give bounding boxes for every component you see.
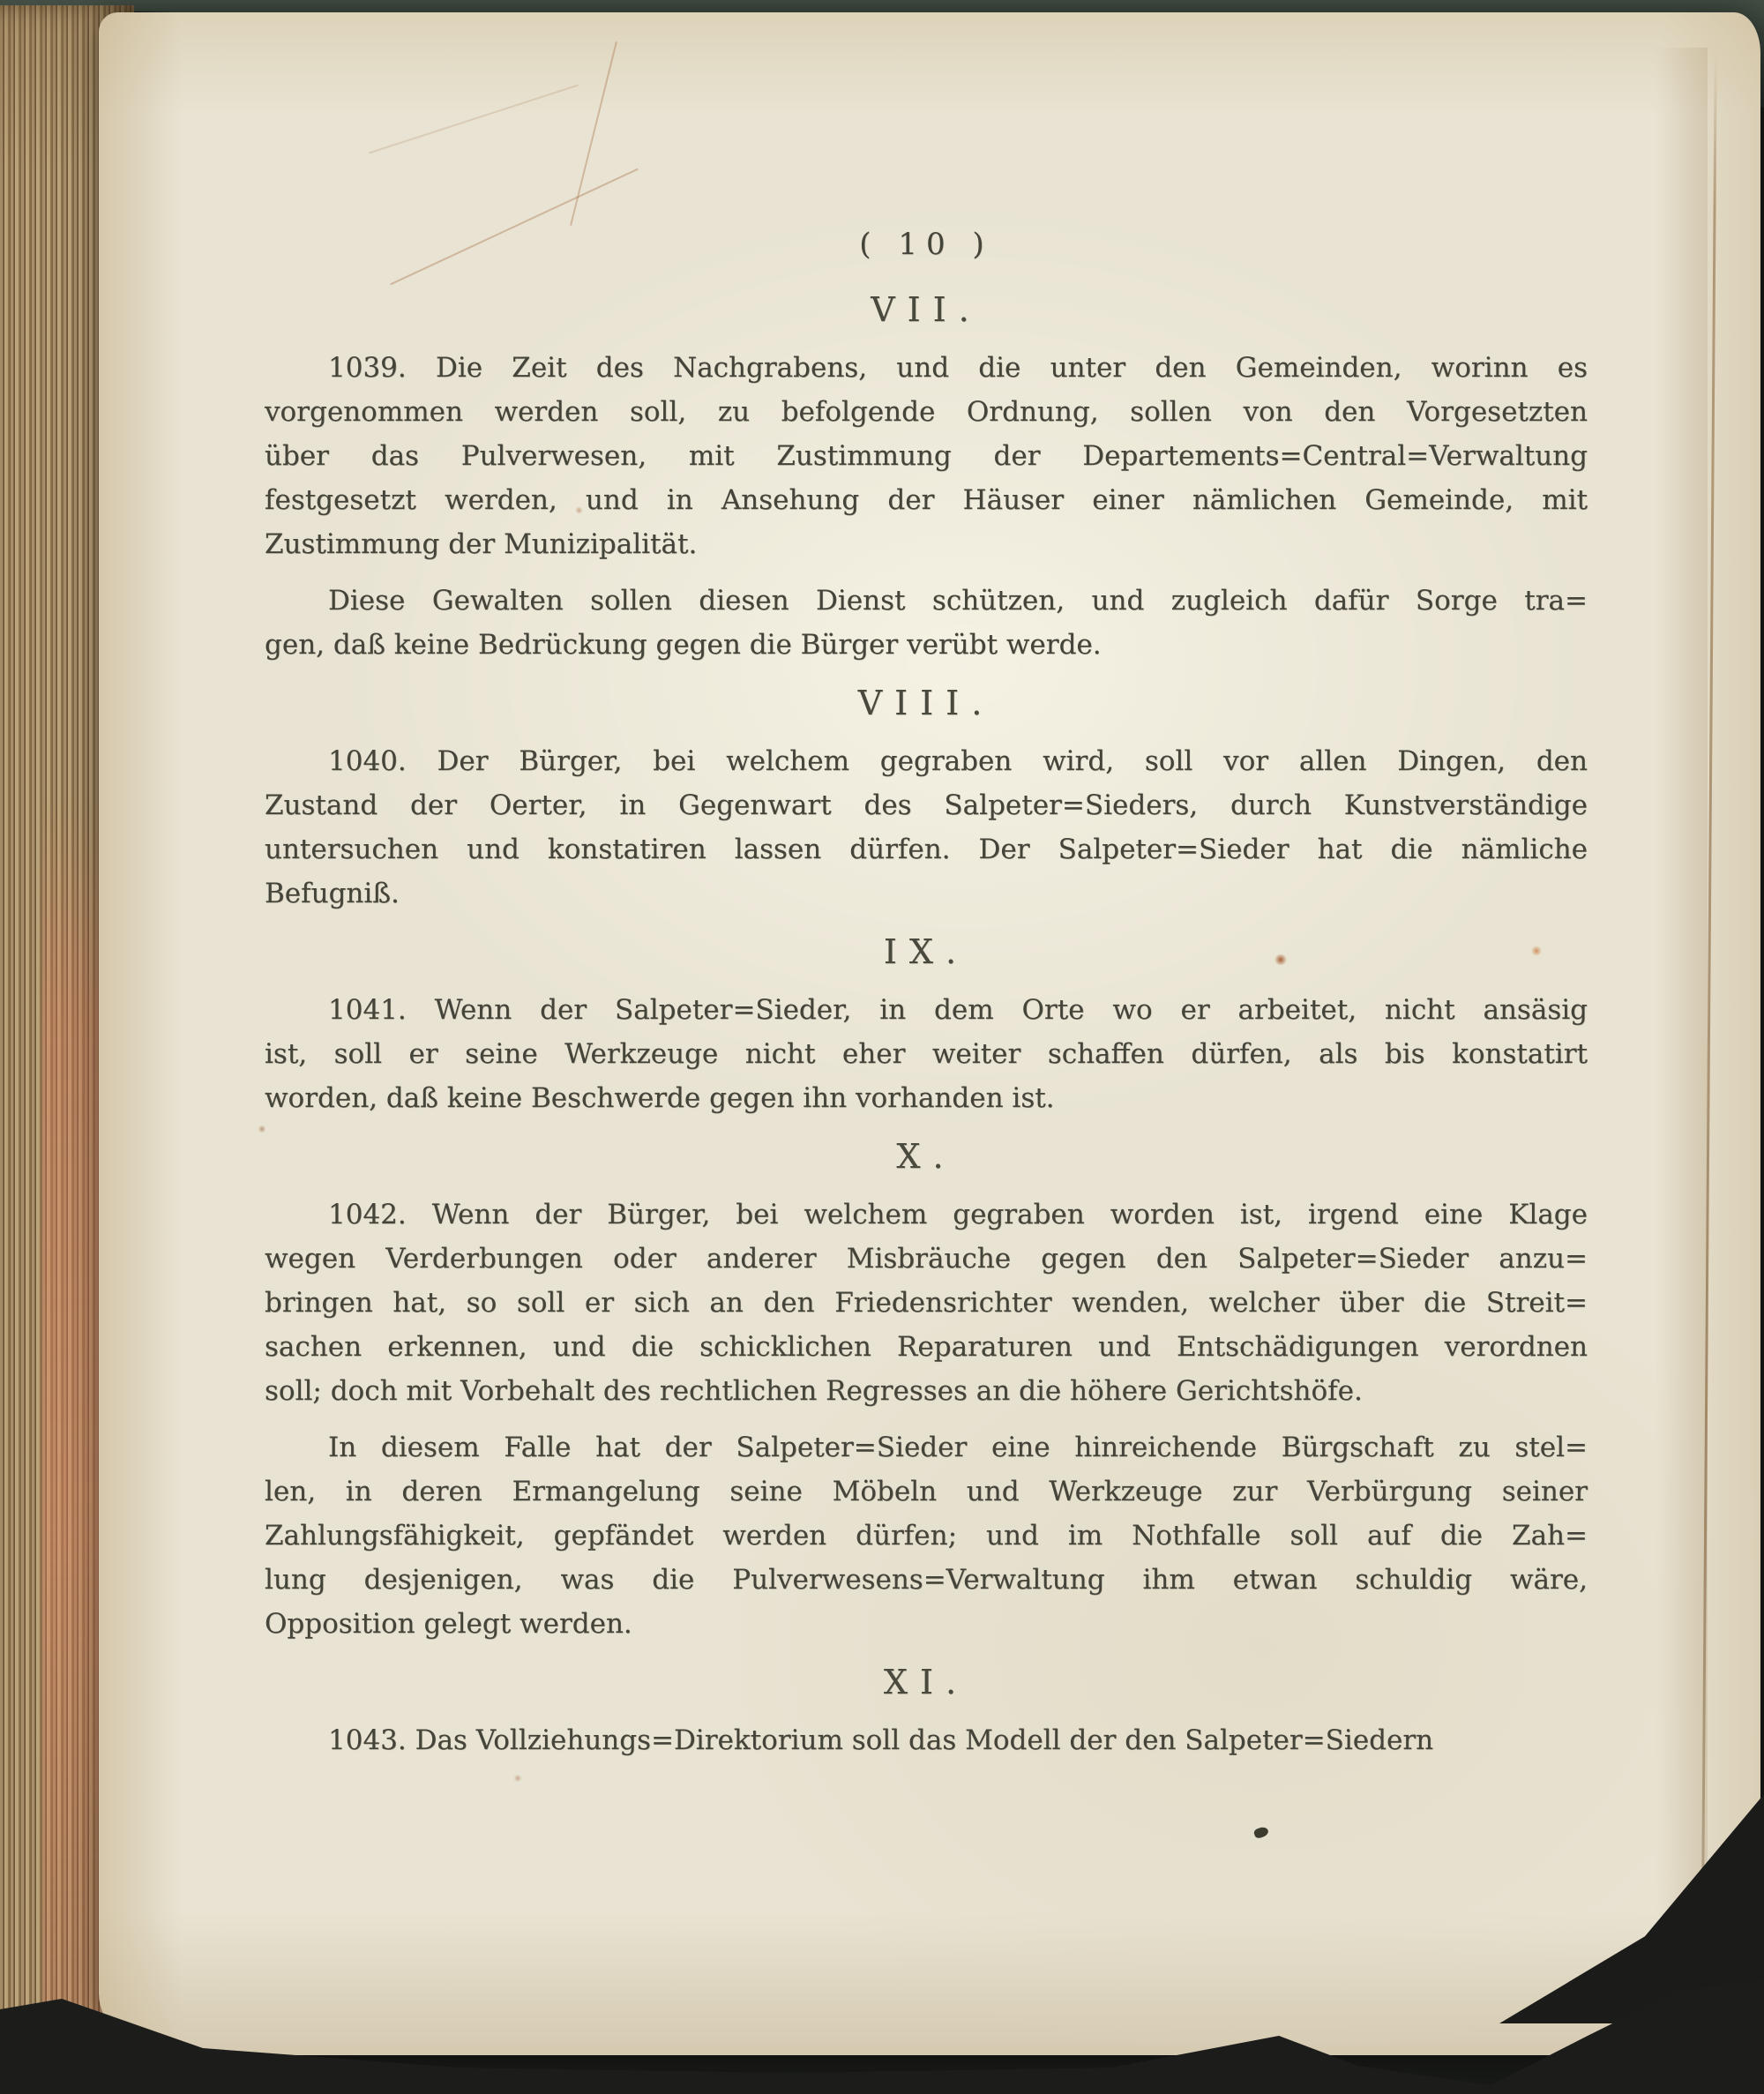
paragraph: 1040. Der Bürger, bei welchem gegraben w… <box>265 739 1588 916</box>
text-line: In diesem Falle hat der Salpeter=Sieder … <box>265 1425 1588 1470</box>
page-edges-red-tint <box>42 799 104 2016</box>
paragraph: In diesem Falle hat der Salpeter=Sieder … <box>265 1425 1588 1646</box>
section-heading: X. <box>265 1134 1588 1178</box>
text-line: über das Pulverwesen, mit Zustimmung der… <box>265 434 1588 478</box>
paper-stain <box>513 1775 522 1782</box>
text-line: vorgenommen werden soll, zu befolgende O… <box>265 390 1588 434</box>
text-line: 1040. Der Bürger, bei welchem gegraben w… <box>265 739 1588 783</box>
ink-mark <box>1253 1826 1270 1840</box>
text-line: 1041. Wenn der Salpeter=Sieder, in dem O… <box>265 988 1588 1032</box>
text-line: Zustand der Oerter, in Gegenwart des Sal… <box>265 783 1588 827</box>
text-line: Opposition gelegt werden. <box>265 1602 1588 1646</box>
text-line: sachen erkennen, und die schicklichen Re… <box>265 1325 1588 1369</box>
dogear-fold-line <box>570 41 617 226</box>
text-line: 1042. Wenn der Bürger, bei welchem gegra… <box>265 1193 1588 1237</box>
text-line: gen, daß keine Bedrückung gegen die Bürg… <box>265 623 1588 667</box>
text-line: bringen hat, so soll er sich an den Frie… <box>265 1281 1588 1325</box>
text-line: Zahlungsfähigkeit, gepfändet werden dürf… <box>265 1514 1588 1558</box>
section-heading: IX. <box>265 930 1588 974</box>
section-heading: XI. <box>265 1660 1588 1704</box>
paragraph: Diese Gewalten sollen diesen Dienst schü… <box>265 579 1588 667</box>
book-page: ( 10 ) VII.1039. Die Zeit des Nachgraben… <box>99 12 1760 2055</box>
page-number: ( 10 ) <box>265 222 1588 266</box>
dogear-fold-line <box>369 84 579 153</box>
paragraph: 1043. Das Vollziehungs=Direktorium soll … <box>265 1718 1588 1762</box>
text-line: Befugniß. <box>265 871 1588 916</box>
text-line: Diese Gewalten sollen diesen Dienst schü… <box>265 579 1588 623</box>
page-crease-shadow <box>1655 48 1708 2015</box>
paragraph: 1041. Wenn der Salpeter=Sieder, in dem O… <box>265 988 1588 1120</box>
page-text: ( 10 ) VII.1039. Die Zeit des Nachgraben… <box>265 222 1588 1762</box>
text-line: lung desjenigen, was die Pulverwesens=Ve… <box>265 1558 1588 1602</box>
text-line: 1043. Das Vollziehungs=Direktorium soll … <box>265 1718 1588 1762</box>
section-heading: VIII. <box>265 681 1588 725</box>
text-line: soll; doch mit Vorbehalt des rechtlichen… <box>265 1369 1588 1413</box>
text-line: festgesetzt werden, und in Ansehung der … <box>265 478 1588 522</box>
text-line: len, in deren Ermangelung seine Möbeln u… <box>265 1470 1588 1514</box>
text-line: 1039. Die Zeit des Nachgrabens, und die … <box>265 346 1588 390</box>
text-line: worden, daß keine Beschwerde gegen ihn v… <box>265 1076 1588 1120</box>
text-line: untersuchen und konstatiren lassen dürfe… <box>265 827 1588 871</box>
text-line: ist, soll er seine Werkzeuge nicht eher … <box>265 1032 1588 1076</box>
section-heading: VII. <box>265 288 1588 332</box>
text-line: wegen Verderbungen oder anderer Misbräuc… <box>265 1237 1588 1281</box>
text-line: Zustimmung der Munizipalität. <box>265 522 1588 566</box>
sections-container: VII.1039. Die Zeit des Nachgrabens, und … <box>265 288 1588 1762</box>
paragraph: 1039. Die Zeit des Nachgrabens, und die … <box>265 346 1588 566</box>
paragraph: 1042. Wenn der Bürger, bei welchem gegra… <box>265 1193 1588 1413</box>
